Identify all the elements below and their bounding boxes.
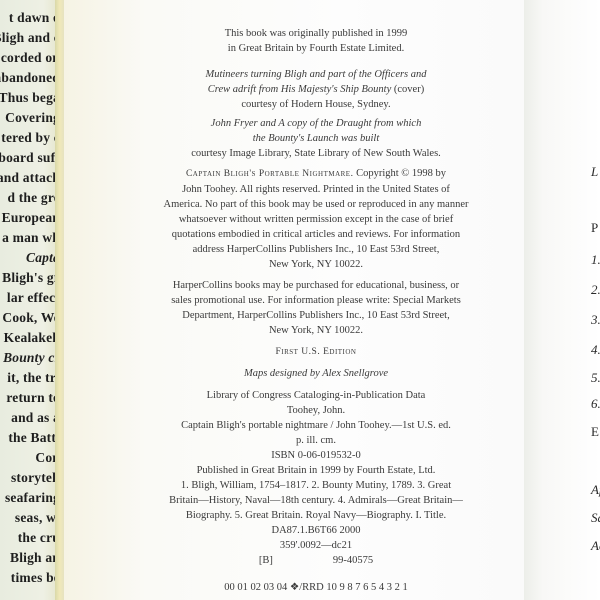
text-line: courtesy Image Library, State Library of… [144,146,488,161]
original-publication-note: This book was originally published in 19… [144,26,488,56]
maps-credit: Maps designed by Alex Snellgrove [144,366,488,381]
toc-fragment: 2. [591,282,600,298]
toc-fragment: 4. [591,342,600,358]
cip-subject-line: 1. Bligh, William, 1754–1817. 2. Bounty … [144,478,488,493]
text-line: John Toohey. All rights reserved. Printe… [144,182,488,197]
text-line: address HarperCollins Publishers Inc., 1… [144,242,488,257]
left-page-text-line: return to [6,390,60,406]
left-page-text-line: and attack [0,170,60,186]
text-line: the Bounty's Launch was built [144,131,488,146]
cip-title: Captain Bligh's portable nightmare / Joh… [144,418,488,433]
text-line: in Great Britain by Fourth Estate Limite… [144,41,488,56]
left-page-text-line: Bligh and c [0,30,60,46]
toc-fragment: Ap [591,482,600,498]
left-page-text-line: the cru [18,530,60,546]
text-line: New York, NY 10022. [144,257,488,272]
copyright-notice: Captain Bligh's Portable Nightmare. Copy… [144,166,488,272]
text-line: Mutineers turning Bligh and part of the … [144,67,488,82]
left-page-text-line: Cook, We [2,310,60,326]
left-page-text-line: European [2,210,60,226]
text-line: (cover) [391,84,424,95]
toc-fragment: E [591,424,599,440]
left-page-text-line: Kealakek [4,330,60,346]
text-line: This book was originally published in 19… [144,26,488,41]
left-page-text-line: times be [11,570,60,586]
text-line: Maps designed by Alex Snellgrove [144,366,488,381]
left-page-text-line: Bounty cr [3,350,60,366]
text-line: Copyright © 1998 by [353,168,446,179]
cover-credit: Mutineers turning Bligh and part of the … [144,67,488,112]
toc-fragment: 1. [591,252,600,268]
left-page-text-line: it, the tri [7,370,60,386]
text-line: First U.S. Edition [144,345,488,360]
text-line: whatsoever without written permission ex… [144,212,488,227]
left-page-text-line: Bligh's gr [2,270,60,286]
isbn: ISBN 0-06-019532-0 [144,448,488,463]
lc-classification: DA87.1.B6T66 2000 [144,523,488,538]
left-page-text-line: seafaring [5,490,60,506]
cip-data: Library of Congress Cataloging-in-Public… [144,388,488,568]
lccn: 99-40575 [333,553,373,568]
left-page-text-line: and as a [11,410,60,426]
book-title-smallcaps: Captain Bligh's Portable Nightmare. [186,169,353,179]
special-markets-note: HarperCollins books may be purchased for… [144,278,488,338]
left-page-text-line: Bligh an [10,550,60,566]
toc-fragment: Sa [591,510,600,526]
left-page-text-line: Thus bega [0,90,60,106]
cip-subject-line: Biography. 5. Great Britain. Royal Navy—… [144,508,488,523]
cip-heading: Library of Congress Cataloging-in-Public… [144,388,488,403]
left-page-edge [55,0,64,600]
text-line: quotations embodied in critical articles… [144,227,488,242]
right-page: LP1.2.3.4.5.6.EApSaAc [524,0,600,600]
printing-line: 00 01 02 03 04 ❖/RRD 10 9 8 7 6 5 4 3 2 … [144,580,488,595]
text-line: sales promotional use. For information p… [144,293,488,308]
text-line: New York, NY 10022. [144,323,488,338]
left-page-text-line: d the gre [7,190,60,206]
left-page-text-line: tered by c [1,130,60,146]
toc-fragment: Ac [591,538,600,554]
text-line: Department, HarperCollins Publishers Inc… [144,308,488,323]
cip-code-left: [B] [259,553,273,568]
left-page: t dawn oBligh and ccorded onabandonedThu… [0,0,62,600]
toc-fragment: P [591,220,598,236]
toc-fragment: 3. [591,312,600,328]
cip-author: Toohey, John. [144,403,488,418]
left-page-text-line: lar effect [7,290,60,306]
toc-fragment: L [591,164,598,180]
text-line: Crew adrift from His Majesty's Ship Boun… [208,84,391,95]
text-line: John Fryer and A copy of the Draught fro… [144,116,488,131]
left-page-text-line: seas, wl [15,510,60,526]
cip-published-note: Published in Great Britain in 1999 by Fo… [144,463,488,478]
toc-fragment: 6. [591,396,600,412]
cip-subject-line: Britain—History, Naval—18th century. 4. … [144,493,488,508]
text-line: HarperCollins books may be purchased for… [144,278,488,293]
left-page-text-line: storytell [11,470,60,486]
toc-fragment: 5. [591,370,600,386]
left-page-text-line: t dawn o [9,10,60,26]
left-page-text-line: a man wh [2,230,60,246]
text-line: America. No part of this book may be use… [144,197,488,212]
left-page-text-line: abandoned [0,70,60,86]
cip-physical: p. ill. cm. [144,433,488,448]
copyright-page: This book was originally published in 19… [64,0,524,600]
left-page-text-line: Covering [5,110,60,126]
left-page-text-line: board suff [0,150,60,166]
text-line: 00 01 02 03 04 ❖/RRD 10 9 8 7 6 5 4 3 2 … [144,580,488,595]
cip-codes: [B] 99-40575 [144,553,488,568]
text-line: courtesy of Hodern House, Sydney. [144,97,488,112]
illustration-credit: John Fryer and A copy of the Draught fro… [144,116,488,161]
left-page-text-line: corded on [1,50,60,66]
left-page-text-line: the Battl [8,430,60,446]
dewey-number: 359'.0092—dc21 [144,538,488,553]
edition-label: First U.S. Edition [144,345,488,360]
